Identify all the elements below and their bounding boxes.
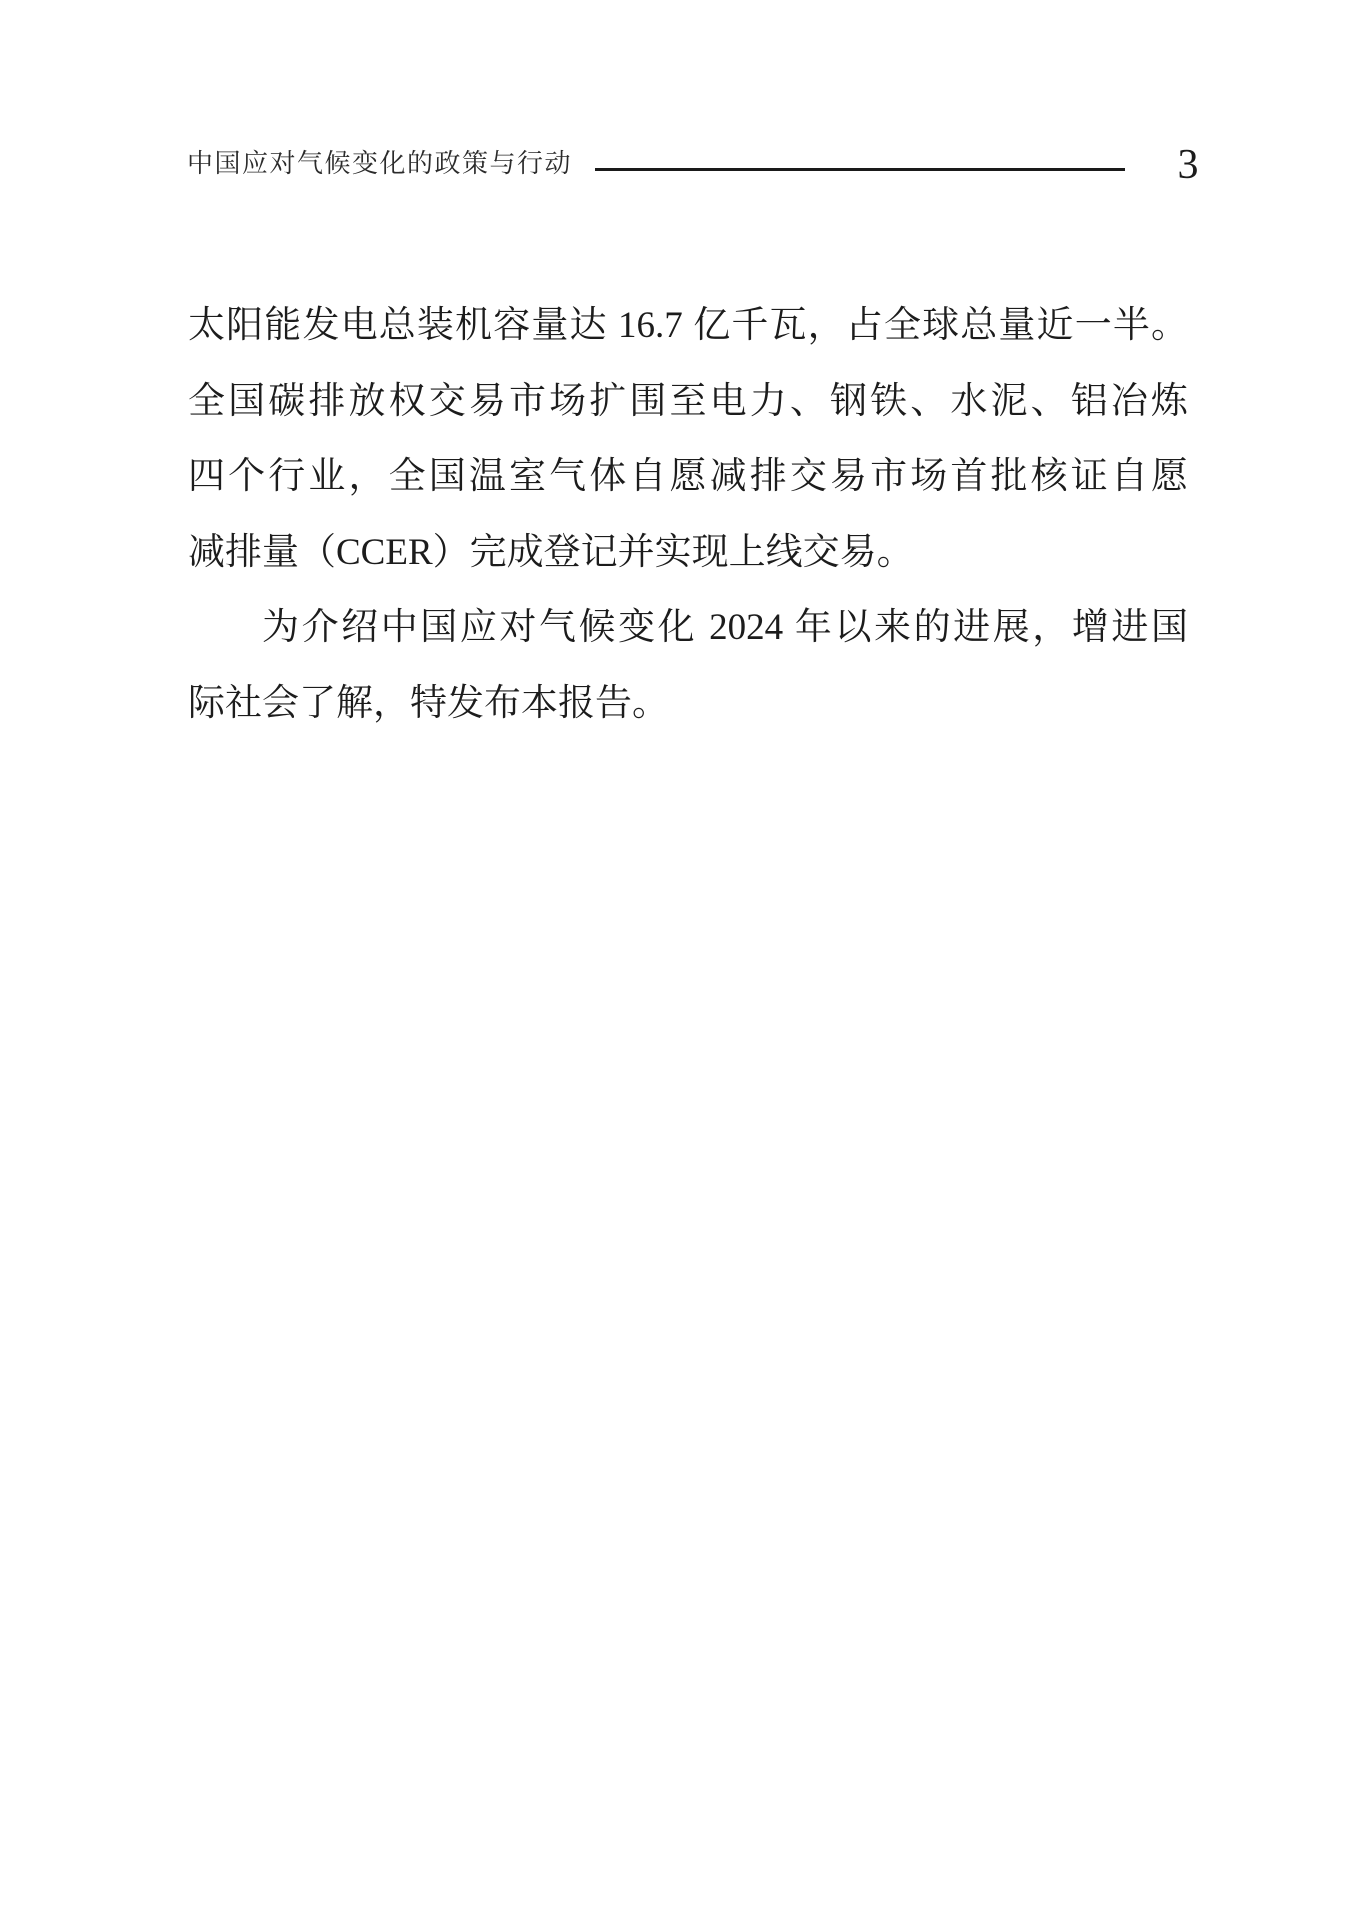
running-header-title: 中国应对气候变化的政策与行动 [187, 149, 572, 177]
body-text-block: 太阳能发电总装机容量达 16.7 亿千瓦，占全球总量近一半。 全国碳排放权交易市… [188, 288, 1188, 741]
body-line: 减排量（CCER）完成登记并实现上线交易。 [188, 515, 1188, 591]
page-number: 3 [1168, 144, 1208, 186]
body-line: 四个行业，全国温室气体自愿减排交易市场首批核证自愿 [188, 439, 1188, 515]
header-rule [595, 168, 1125, 171]
body-line: 全国碳排放权交易市场扩围至电力、钢铁、水泥、铝冶炼 [188, 364, 1188, 440]
body-line: 为介绍中国应对气候变化 2024 年以来的进展，增进国 [188, 590, 1188, 666]
body-line: 际社会了解，特发布本报告。 [188, 666, 1188, 742]
body-line: 太阳能发电总装机容量达 16.7 亿千瓦，占全球总量近一半。 [188, 288, 1188, 364]
document-page: 中国应对气候变化的政策与行动 3 太阳能发电总装机容量达 16.7 亿千瓦，占全… [0, 0, 1359, 1920]
